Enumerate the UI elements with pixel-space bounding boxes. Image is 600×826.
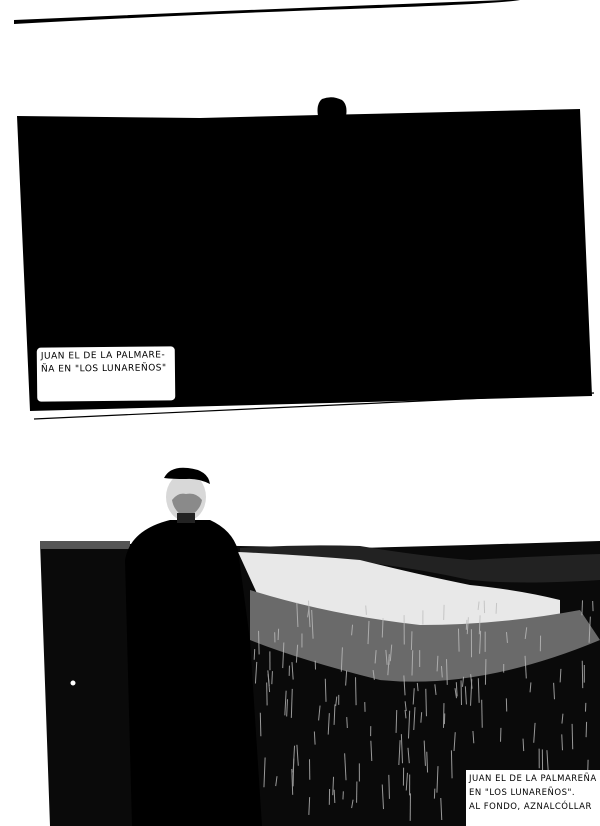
caption-bottom-line-2: en "Los Lunareños". xyxy=(469,786,597,800)
page-graphics xyxy=(0,0,600,826)
caption-bottom-line-1: Juan el de la Palmareña xyxy=(469,772,597,786)
man-figure xyxy=(125,468,262,826)
caption-top-line-2: ña en "Los Lunareños" xyxy=(41,362,171,376)
caption-bottom-line-3: Al fondo, Aznalcóllar xyxy=(469,800,597,814)
top-edge-line xyxy=(14,0,520,24)
scanned-page: Juan el de la Palmare- ña en "Los Lunare… xyxy=(0,0,600,826)
caption-bottom-photo: Juan el de la Palmareña en "Los Lunareño… xyxy=(466,770,600,826)
caption-top-photo: Juan el de la Palmare- ña en "Los Lunare… xyxy=(37,346,176,401)
